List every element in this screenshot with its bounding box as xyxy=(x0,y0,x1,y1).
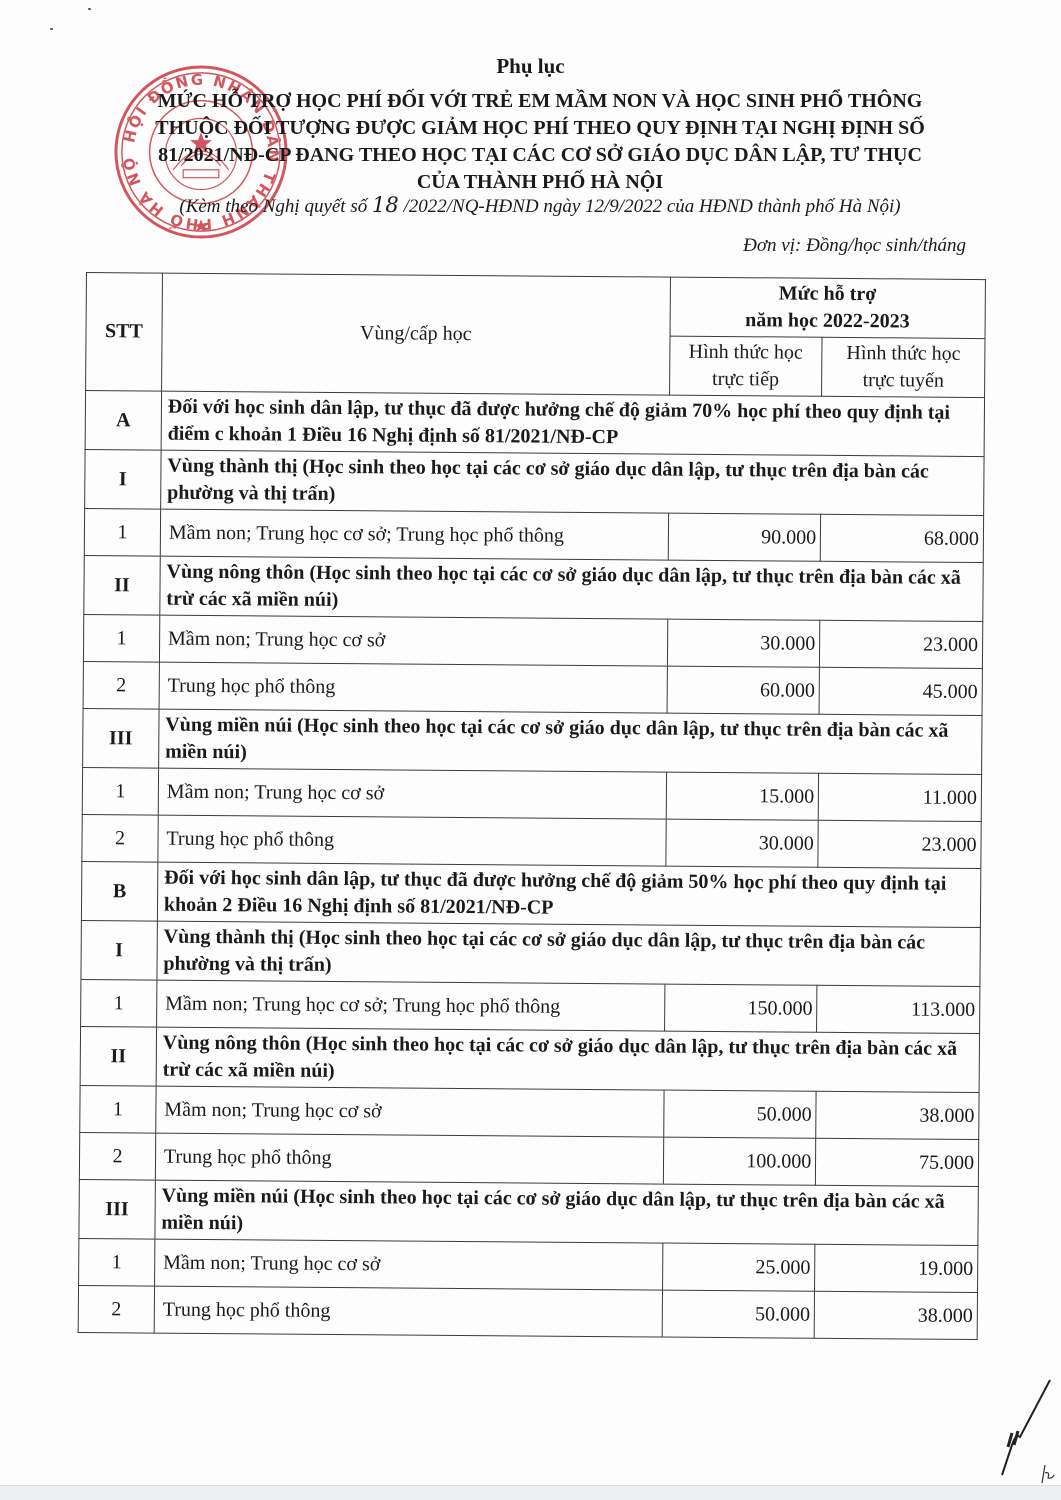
section-title: Vùng miền núi (Học sinh theo học tại các… xyxy=(159,709,983,774)
section-row: IIVùng nông thôn (Học sinh theo học tại … xyxy=(80,1026,979,1092)
row-stt: A xyxy=(85,391,161,451)
direct-amount: 15.000 xyxy=(666,772,819,820)
row-level-name: Mầm non; Trung học cơ sở xyxy=(159,615,667,666)
page-bottom-edge xyxy=(0,1485,1061,1500)
row-level-name: Trung học phổ thông xyxy=(154,1286,662,1337)
section-row: IVùng thành thị (Học sinh theo học tại c… xyxy=(81,920,980,986)
direct-amount: 50.000 xyxy=(662,1290,815,1338)
row-stt: 1 xyxy=(83,614,159,662)
row-stt: 1 xyxy=(80,1085,156,1133)
table-row: 1Mầm non; Trung học cơ sở; Trung học phổ… xyxy=(84,508,983,562)
unit-note: Đơn vị: Đồng/học sinh/tháng xyxy=(743,235,966,257)
table-body: AĐối với học sinh dân lập, tư thục đã đư… xyxy=(78,391,984,1340)
section-row: IVùng thành thị (Học sinh theo học tại c… xyxy=(85,449,984,515)
row-level-name: Trung học phổ thông xyxy=(155,1133,663,1184)
section-row: AĐối với học sinh dân lập, tư thục đã đư… xyxy=(85,391,984,457)
table-row: 1Mầm non; Trung học cơ sở30.00023.000 xyxy=(83,614,982,668)
header-support-level: Mức hỗ trợ năm học 2022-2023 xyxy=(670,277,986,338)
title-line: CỦA THÀNH PHỐ HÀ NỘI xyxy=(100,169,980,196)
section-title: Đối với học sinh dân lập, tư thục đã đượ… xyxy=(157,862,981,927)
online-amount: 68.000 xyxy=(821,514,984,562)
table-row: 1Mầm non; Trung học cơ sở25.00019.000 xyxy=(79,1238,978,1292)
online-amount: 45.000 xyxy=(819,667,982,715)
online-amount: 38.000 xyxy=(814,1291,977,1339)
table-row: 2Trung học phổ thông100.00075.000 xyxy=(79,1132,978,1186)
table-row: 1Mầm non; Trung học cơ sở50.00038.000 xyxy=(80,1085,979,1139)
online-amount: 23.000 xyxy=(818,820,981,868)
direct-amount: 30.000 xyxy=(665,819,818,867)
online-amount: 23.000 xyxy=(820,620,983,668)
table-row: 2Trung học phổ thông30.00023.000 xyxy=(82,814,981,868)
direct-amount: 150.000 xyxy=(664,984,817,1032)
row-level-name: Mầm non; Trung học cơ sở xyxy=(158,768,666,819)
row-level-name: Mầm non; Trung học cơ sở xyxy=(154,1239,662,1290)
direct-amount: 90.000 xyxy=(668,513,821,561)
direct-amount: 25.000 xyxy=(662,1243,815,1291)
row-level-name: Trung học phổ thông xyxy=(158,815,666,866)
row-level-name: Mầm non; Trung học cơ sở xyxy=(156,1086,664,1137)
appendix-title: Phụ lục xyxy=(0,54,1061,79)
row-stt: 1 xyxy=(84,508,160,556)
header-school-year: năm học 2022-2023 xyxy=(676,307,979,336)
section-title: Vùng miền núi (Học sinh theo học tại các… xyxy=(155,1180,979,1245)
table-row: 1Mầm non; Trung học cơ sở; Trung học phổ… xyxy=(81,979,980,1033)
section-row: IIIVùng miền núi (Học sinh theo học tại … xyxy=(79,1179,978,1245)
title-line: 81/2021/NĐ-CP ĐANG THEO HỌC TẠI CÁC CƠ S… xyxy=(100,142,980,169)
header-support-label: Mức hỗ trợ xyxy=(676,280,979,309)
row-stt: 2 xyxy=(78,1285,154,1333)
subtitle-suffix: /2022/NQ-HĐND ngày 12/9/2022 của HĐND th… xyxy=(399,196,901,217)
direct-amount: 30.000 xyxy=(667,619,820,667)
online-amount: 75.000 xyxy=(816,1138,979,1186)
document-title: MỨC HỖ TRỢ HỌC PHÍ ĐỐI VỚI TRẺ EM MẦM NO… xyxy=(100,88,980,196)
row-stt: 2 xyxy=(83,661,159,709)
signature-icon xyxy=(990,1375,1060,1485)
section-title: Vùng nông thôn (Học sinh theo học tại cá… xyxy=(156,1027,980,1092)
row-stt: II xyxy=(84,555,160,615)
direct-amount: 100.000 xyxy=(663,1137,816,1185)
online-amount: 19.000 xyxy=(815,1244,978,1292)
row-level-name: Trung học phổ thông xyxy=(159,662,667,713)
section-row: IIIVùng miền núi (Học sinh theo học tại … xyxy=(83,708,982,774)
subtitle-prefix: (Kèm theo Nghị quyết số xyxy=(179,196,372,217)
row-stt: B xyxy=(81,861,157,921)
header-direct: Hình thức học trực tiếp xyxy=(669,336,822,396)
direct-amount: 50.000 xyxy=(663,1090,816,1138)
direct-amount: 60.000 xyxy=(667,666,820,714)
scan-speck xyxy=(88,8,91,10)
section-title: Vùng thành thị (Học sinh theo học tại cá… xyxy=(157,921,981,986)
section-row: BĐối với học sinh dân lập, tư thục đã đư… xyxy=(81,861,980,927)
resolution-number: 18 xyxy=(372,193,399,217)
row-stt: II xyxy=(80,1026,156,1086)
row-stt: III xyxy=(79,1179,155,1239)
row-stt: 1 xyxy=(81,979,157,1027)
row-stt: 2 xyxy=(79,1132,155,1180)
header-region-level: Vùng/cấp học xyxy=(161,273,670,395)
fee-support-table: STT Vùng/cấp học Mức hỗ trợ năm học 2022… xyxy=(78,272,986,1340)
section-row: IIVùng nông thôn (Học sinh theo học tại … xyxy=(84,555,983,621)
row-level-name: Mầm non; Trung học cơ sở; Trung học phổ … xyxy=(156,980,664,1031)
title-line: MỨC HỖ TRỢ HỌC PHÍ ĐỐI VỚI TRẺ EM MẦM NO… xyxy=(100,88,980,115)
table-row: 2Trung học phổ thông60.00045.000 xyxy=(83,661,982,715)
row-stt: I xyxy=(85,449,161,509)
title-line: THUỘC ĐỐI TƯỢNG ĐƯỢC GIẢM HỌC PHÍ THEO Q… xyxy=(100,115,980,142)
row-stt: III xyxy=(83,708,159,768)
online-amount: 38.000 xyxy=(816,1091,979,1139)
online-amount: 113.000 xyxy=(817,985,980,1033)
table-row: 1Mầm non; Trung học cơ sở15.00011.000 xyxy=(82,767,981,821)
row-stt: 1 xyxy=(79,1238,155,1286)
section-title: Vùng thành thị (Học sinh theo học tại cá… xyxy=(161,450,985,515)
scanned-page: HỘI ĐỒNG NHÂN DÂN THÀNH PHỐ HÀ NỘI Phụ l… xyxy=(0,0,1061,1500)
section-title: Đối với học sinh dân lập, tư thục đã đượ… xyxy=(161,391,985,456)
resolution-reference: (Kèm theo Nghị quyết số 18 /2022/NQ-HĐND… xyxy=(95,193,985,218)
online-amount: 11.000 xyxy=(818,773,981,821)
row-stt: 2 xyxy=(82,814,158,862)
table-row: 2Trung học phổ thông50.00038.000 xyxy=(78,1285,977,1339)
row-stt: I xyxy=(81,920,157,980)
header-stt: STT xyxy=(86,273,163,392)
scan-speck xyxy=(50,28,53,30)
header-online: Hình thức học trực tuyến xyxy=(822,337,985,397)
section-title: Vùng nông thôn (Học sinh theo học tại cá… xyxy=(160,556,984,621)
row-level-name: Mầm non; Trung học cơ sở; Trung học phổ … xyxy=(160,509,668,560)
row-stt: 1 xyxy=(82,767,158,815)
